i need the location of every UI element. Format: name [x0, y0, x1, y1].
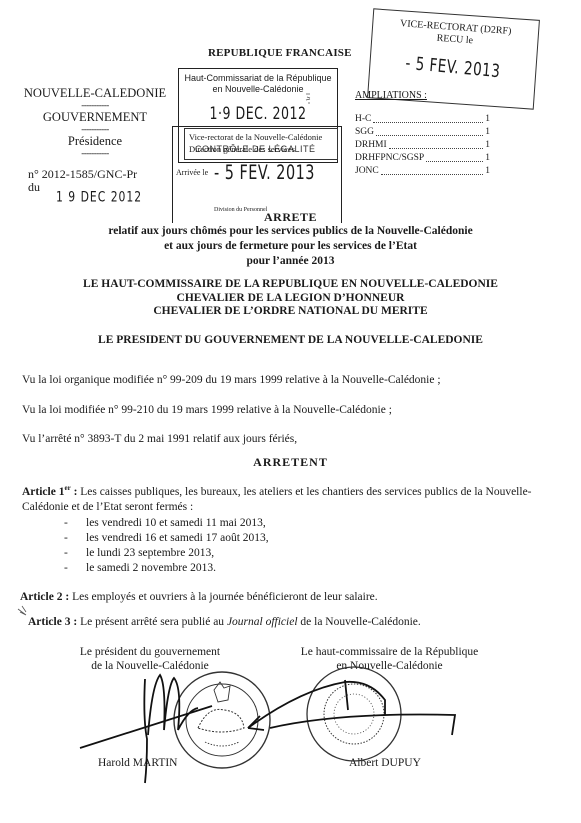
stamp-overprint: CONTRÔLE DE LÉGALITÉ	[195, 144, 316, 155]
issue-date-stamp: 1 9 DEC 2012	[56, 189, 142, 205]
bullet: -	[64, 546, 86, 561]
article-text: Les employés et ouvriers à la journée bé…	[72, 591, 378, 603]
stamp-line: en Nouvelle-Calédonie	[179, 84, 337, 95]
arrivee-date: - 5 FEV. 2013	[214, 161, 315, 184]
signatory-haut-commissaire: Le haut-commissaire de la République en …	[297, 645, 482, 673]
leader-dots	[381, 165, 483, 175]
document-subject: relatif aux jours chômés pour les servic…	[0, 224, 581, 269]
ampliation-label: DRHFPNC/SGSP	[355, 152, 424, 165]
arrivee-label: Arrivée le	[176, 168, 208, 177]
closure-dates-list: -les vendredi 10 et samedi 11 mai 2013, …	[64, 516, 269, 576]
article-number: Article 2	[20, 591, 62, 603]
visa-line: Vu l’arrêté n° 3893-T du 2 mai 1991 rela…	[22, 433, 297, 445]
article-text: de la Nouvelle-Calédonie.	[298, 616, 421, 628]
issuer-block: NOUVELLE-CALEDONIE ----------- GOUVERNEM…	[20, 86, 170, 158]
ampliation-count: 1	[485, 139, 490, 152]
separator: :	[71, 486, 81, 498]
vice-rectorat-header: Vice-rectorat de la Nouvelle-Calédonie D…	[184, 128, 338, 160]
stamp-date: - 5 FEV. 2013	[370, 49, 536, 85]
ampliation-row: H-C1	[355, 113, 490, 126]
ampliation-label: JONC	[355, 165, 379, 178]
article-number: Article 1	[22, 486, 64, 498]
list-item: -le lundi 23 septembre 2013,	[64, 546, 269, 561]
document-type: ARRETE	[0, 210, 581, 225]
list-item: -les vendredi 10 et samedi 11 mai 2013,	[64, 516, 269, 531]
ampliation-count: 1	[485, 113, 490, 126]
journal-title: Journal officiel	[227, 616, 298, 628]
authority-line: LE HAUT-COMMISSAIRE DE LA REPUBLIQUE EN …	[0, 278, 581, 292]
ampliation-label: DRHMI	[355, 139, 387, 152]
signatory-name: Harold MARTIN	[98, 757, 177, 769]
reference-number: n° 2012-1585/GNC-Pr	[28, 167, 137, 182]
issuer-government: GOUVERNEMENT	[20, 110, 170, 125]
republic-heading: REPUBLIQUE FRANCAISE	[208, 47, 352, 59]
visa-line: Vu la loi organique modifiée n° 99-209 d…	[22, 374, 441, 386]
divider: -----------	[20, 125, 170, 134]
separator: :	[62, 591, 72, 603]
bullet: -	[64, 516, 86, 531]
closure-date: les vendredi 16 et samedi 17 août 2013,	[86, 531, 269, 546]
signatory-title: Le haut-commissaire de la République	[297, 645, 482, 659]
ampliations-title: AMPLIATIONS :	[355, 90, 427, 101]
leader-dots	[373, 113, 483, 123]
stamp-line: Direction générale des services CONTRÔLE…	[189, 144, 337, 155]
article-number: Article 3	[28, 616, 70, 628]
signatory-name: Albert DUPUY	[349, 757, 421, 769]
ampliation-row: SGG1	[355, 126, 490, 139]
article-3: Article 3 : Le présent arrêté sera publi…	[28, 616, 421, 628]
ampliation-count: 1	[485, 165, 490, 178]
ampliation-row: DRHMI1	[355, 139, 490, 152]
article-text: Le présent arrêté sera publié au	[80, 616, 227, 628]
ampliation-count: 1	[485, 126, 490, 139]
article-2: Article 2 : Les employés et ouvriers à l…	[20, 591, 378, 603]
separator: :	[70, 616, 80, 628]
signatory-president: Le président du gouvernement de la Nouve…	[70, 645, 230, 673]
leader-dots	[389, 139, 484, 149]
signatory-title: de la Nouvelle-Calédonie	[70, 659, 230, 673]
president-title: LE PRESIDENT DU GOUVERNEMENT DE LA NOUVE…	[0, 334, 581, 346]
haut-commissaire-signature-icon	[248, 680, 455, 735]
authority-line: CHEVALIER DE L’ORDRE NATIONAL DU MERITE	[0, 305, 581, 319]
bullet: -	[64, 561, 86, 576]
issuer-territory: NOUVELLE-CALEDONIE	[20, 86, 170, 101]
subject-line: et aux jours de fermeture pour les servi…	[0, 239, 581, 254]
stamp-date: 1·9 DEC. 2012	[179, 104, 337, 123]
authority-line: CHEVALIER DE LA LEGION D’HONNEUR	[0, 292, 581, 306]
leader-dots	[376, 126, 483, 136]
ampliation-label: SGG	[355, 126, 374, 139]
issuer-presidency: Présidence	[20, 134, 170, 149]
leader-dots	[426, 152, 483, 162]
ampliation-count: 1	[485, 152, 490, 165]
subject-line: pour l’année 2013	[0, 254, 581, 269]
list-item: -les vendredi 16 et samedi 17 août 2013,	[64, 531, 269, 546]
signatory-title: en Nouvelle-Calédonie	[297, 659, 482, 673]
haut-commissariat-seal-icon	[307, 667, 401, 761]
signatory-title: Le président du gouvernement	[70, 645, 230, 659]
ampliation-row: JONC1	[355, 165, 490, 178]
bullet: -	[64, 531, 86, 546]
list-item: -le samedi 2 novembre 2013.	[64, 561, 269, 576]
article-text: Les caisses publiques, les bureaux, les …	[22, 486, 532, 513]
divider: -----------	[20, 149, 170, 158]
ampliation-label: H-C	[355, 113, 371, 126]
subject-line: relatif aux jours chômés pour les servic…	[0, 224, 581, 239]
stamp-line: Vice-rectorat de la Nouvelle-Calédonie	[189, 132, 337, 143]
article-1: Article 1er : Les caisses publiques, les…	[22, 481, 552, 515]
stamp-line: Haut-Commissariat de la République	[179, 73, 337, 84]
closure-date: le lundi 23 septembre 2013,	[86, 546, 214, 561]
article-label: Article 1er :	[22, 486, 80, 498]
ampliations-list: H-C1 SGG1 DRHMI1 DRHFPNC/SGSP1 JONC1	[355, 113, 490, 178]
ampliation-row: DRHFPNC/SGSP1	[355, 152, 490, 165]
haut-commissaire-titles: LE HAUT-COMMISSAIRE DE LA REPUBLIQUE EN …	[0, 278, 581, 319]
government-seal-icon	[174, 672, 270, 768]
divider: -----------	[20, 101, 170, 110]
closure-date: les vendredi 10 et samedi 11 mai 2013,	[86, 516, 266, 531]
visa-line: Vu la loi modifiée n° 99-210 du 19 mars …	[22, 404, 392, 416]
date-label: du	[28, 180, 40, 195]
closure-date: le samedi 2 novembre 2013.	[86, 561, 216, 576]
arretent-heading: ARRETENT	[0, 455, 581, 470]
